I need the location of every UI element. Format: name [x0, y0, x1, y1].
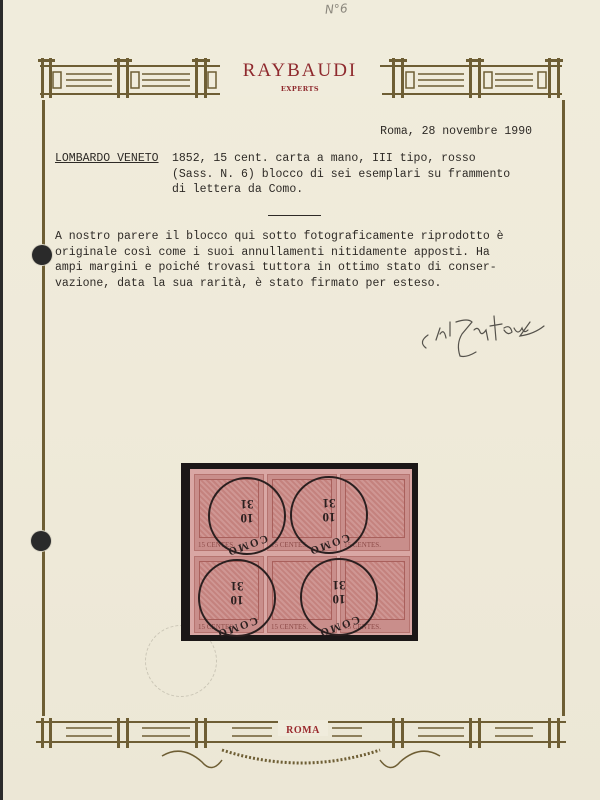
- certificate-paper: [3, 0, 600, 800]
- handwritten-note: N°6: [325, 1, 349, 17]
- footer-city-label: ROMA: [286, 725, 320, 736]
- expert-opinion: A nostro parere il blocco qui sotto foto…: [55, 229, 552, 291]
- signature: [410, 300, 550, 365]
- country-heading: LOMBARDO VENETO: [55, 151, 159, 167]
- punch-hole-top: [32, 245, 52, 265]
- brand-logo: RAYBAUDI EXPERTS: [220, 58, 380, 96]
- place-date: Roma, 28 novembre 1990: [380, 125, 532, 138]
- section-divider: [268, 215, 321, 216]
- stamp-block-photo: 15 CENTES. 15 CENTES. 15 CENTES. 15 CENT…: [190, 469, 412, 635]
- subject-paragraph: LOMBARDO VENETO 1852, 15 cent. carta a m…: [55, 151, 555, 198]
- postmark: 1031 COMO: [208, 477, 286, 555]
- left-border-rail: [42, 100, 45, 716]
- postmark: 1031 COMO: [198, 559, 276, 637]
- footer-city-label-box: ROMA: [278, 720, 328, 736]
- punch-hole-bottom: [31, 531, 51, 551]
- right-border-rail: [562, 100, 565, 716]
- postmark: 1031 COMO: [290, 476, 368, 554]
- stamp-description: 1852, 15 cent. carta a mano, III tipo, r…: [172, 151, 555, 198]
- brand-subtitle: EXPERTS: [220, 85, 380, 93]
- brand-name: RAYBAUDI: [220, 61, 380, 81]
- signature-icon: [410, 300, 550, 360]
- postmark: 1031 COMO: [300, 558, 378, 636]
